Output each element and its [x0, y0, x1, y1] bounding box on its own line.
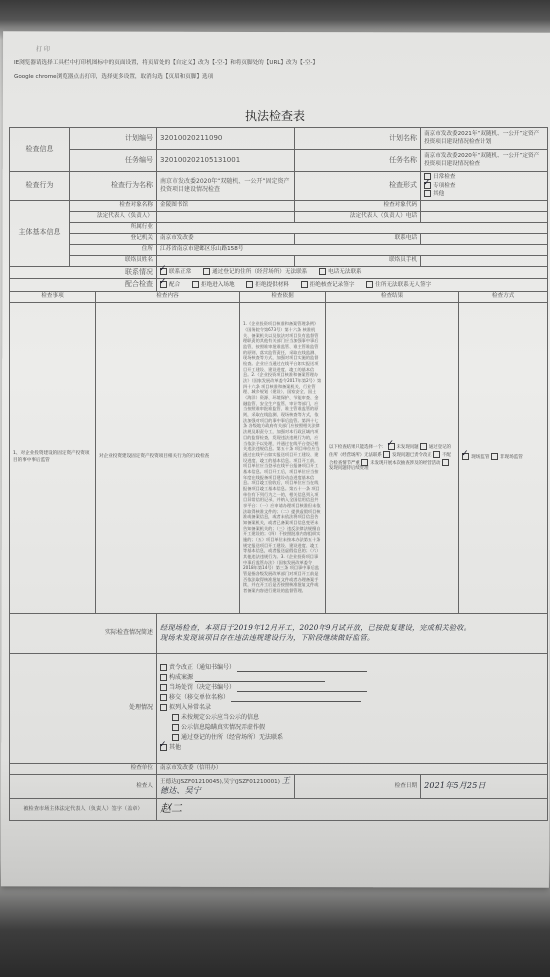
header-method: 检查方式	[459, 291, 548, 302]
checkbox-checked[interactable]	[424, 182, 431, 189]
inspection-form: 检查信息 计划编号 32010020211090 计划名称 南京市发改委2021…	[9, 127, 548, 821]
contact-status-options: 联系正常 通过登记的住所（经营场所）无法联系 电话无法联系	[157, 266, 548, 278]
checkbox[interactable]	[160, 664, 167, 671]
checkbox[interactable]	[319, 268, 326, 275]
handwritten-line-1: 经现场检查，本项目于2019年12月开工，2020年9月试开放，已按批复建设，完…	[160, 623, 544, 633]
contact-phone-unreachable-option[interactable]: 电话无法联系	[319, 269, 362, 275]
header-item: 检查事项	[10, 291, 96, 302]
header-basis: 检查依据	[240, 291, 326, 302]
checkbox-checked[interactable]	[160, 268, 167, 275]
cooperation-options: 配合 拒绝进入场地 拒绝提供材料 拒绝核查记录签字 住所无法联系无人签字	[157, 279, 548, 291]
legal-rep-phone-label: 法定代表人（负责人）电话	[295, 211, 421, 222]
print-hint: 打 印	[36, 44, 50, 53]
plan-no-value: 32010020211090	[157, 128, 295, 150]
actual-situation-text: 经现场检查，本项目于2019年12月开工，2020年9月试开放，已按批复建设，完…	[157, 613, 548, 653]
contact-normal-option[interactable]: 联系正常	[160, 269, 191, 275]
object-code-label: 检查对象代码	[295, 200, 421, 211]
handwritten-line-2: 现场未发现该项目存在违法违规建设行为，下阶段继续做好监管。	[160, 633, 544, 643]
case-source-line[interactable]	[195, 681, 325, 682]
handling-option-other[interactable]: 其他	[160, 744, 544, 752]
table-row: 1、对企业投资建设的固定资产投资项目的事中事后监管 对企业投资建设固定资产投资项…	[10, 302, 548, 613]
item-cell: 1、对企业投资建设的固定资产投资项目的事中事后监管	[10, 302, 96, 613]
liaison-name-value	[157, 255, 295, 266]
cooperation-label: 配合检查	[10, 279, 157, 291]
method-option-onsite[interactable]: 现场监管	[462, 455, 489, 460]
coop-option-refuse-entry[interactable]: 拒绝进入场地	[192, 282, 235, 288]
notice-number-line[interactable]	[237, 671, 367, 672]
checkbox[interactable]	[160, 694, 167, 701]
task-no-value: 320100202105131001	[157, 150, 295, 172]
checkbox[interactable]	[424, 190, 431, 197]
handling-label: 处理情况	[10, 653, 157, 763]
handling-option-abnormal-list[interactable]: 拟列入异常名录	[160, 704, 544, 712]
handling-option-case-source[interactable]: 构成案源	[160, 674, 544, 682]
abnormal-sub-option-1[interactable]: 未按规定公示应当公示的信息	[160, 714, 544, 722]
plan-name-label: 计划名称	[295, 128, 421, 150]
checkbox-checked[interactable]	[462, 453, 469, 460]
coop-option-refuse-materials[interactable]: 拒绝提供材料	[246, 282, 289, 288]
contact-status-label: 联系情况	[10, 266, 157, 278]
result-option-no-activity[interactable]: 未发现开展本次抽查涉及的经营活动	[361, 461, 440, 466]
reg-authority-value: 南京市发改委	[157, 233, 295, 244]
header-content: 检查内容	[96, 291, 240, 302]
plan-name-value: 南京市发改委2021年“双随机、一公开”定资产投资项目建设情况检查计划	[421, 128, 548, 150]
date-label: 检查日期	[295, 774, 421, 799]
form-option-daily[interactable]: 日常检查	[424, 173, 544, 182]
checkbox-checked[interactable]	[160, 281, 167, 288]
legal-rep-value	[157, 211, 295, 222]
subject-signature: 赵二	[160, 802, 182, 815]
form-option-other[interactable]: 其他	[424, 190, 544, 199]
legal-rep-phone-value	[421, 211, 548, 222]
action-name-label: 检查行为名称	[70, 172, 157, 201]
header-result: 检查结果	[326, 291, 459, 302]
checkbox-checked[interactable]	[160, 744, 167, 751]
checkbox[interactable]	[366, 281, 373, 288]
method-cell: 现场监管 非现场监管	[459, 302, 548, 613]
plan-no-label: 计划编号	[70, 128, 157, 150]
industry-value	[157, 222, 548, 233]
actual-situation-label: 实际检查情况简述	[10, 613, 157, 653]
address-label: 住所	[70, 244, 157, 255]
reg-authority-label: 登记机关	[70, 233, 157, 244]
liaison-mobile-label: 联络员手机	[295, 255, 421, 266]
checkbox[interactable]	[192, 281, 199, 288]
checkbox[interactable]	[433, 451, 440, 458]
liaison-mobile-value	[421, 255, 548, 266]
object-name-label: 检查对象名称	[70, 200, 157, 211]
checkbox[interactable]	[172, 724, 179, 731]
checkbox[interactable]	[160, 684, 167, 691]
inspector-value: 王德达(JSZF01210045),吴宁(JSZF01210001) 王德达、吴…	[157, 774, 295, 799]
inspector-label: 检查人	[10, 774, 157, 799]
handling-option-order-correction[interactable]: 责令改正（通知书编号）	[160, 664, 544, 672]
abnormal-sub-option-3[interactable]: 通过登记的住所（经营场所）无法联系	[160, 734, 544, 742]
liaison-name-label: 联络员姓名	[70, 255, 157, 266]
checkbox[interactable]	[491, 453, 498, 460]
checkbox[interactable]	[172, 734, 179, 741]
ie-print-note: IE浏览器请选择工具栏中打印机图标中的页面设置，将页眉处的【自定义】改为【-空-…	[14, 58, 318, 66]
handling-option-transfer[interactable]: 移交（移交单位名称）	[160, 694, 544, 702]
unit-label: 检查单位	[10, 763, 157, 774]
handling-option-onsite-penalty[interactable]: 当场处罚（决定书编号）	[160, 684, 544, 692]
page-title: 执法检查表	[0, 107, 550, 124]
checkbox[interactable]	[361, 459, 368, 466]
subject-sign-label: 被检查市场主体法定代表人（负责人）签字（盖章）	[10, 799, 157, 821]
abnormal-sub-option-2[interactable]: 公示信息隐瞒真实情况弄虚作假	[160, 724, 544, 732]
method-option-offsite[interactable]: 非现场监管	[491, 455, 523, 460]
coop-option-cooperate[interactable]: 配合	[160, 282, 180, 288]
checkbox-checked[interactable]	[388, 443, 395, 450]
handling-options: 责令改正（通知书编号） 构成案源 当场处罚（决定书编号） 移交（移交单位名称） …	[157, 653, 548, 763]
subject-info-label: 主体基本信息	[10, 200, 70, 266]
checkbox[interactable]	[383, 451, 390, 458]
unit-value: 南京市发改委（信用办）	[157, 763, 548, 774]
coop-option-no-signer[interactable]: 住所无法联系无人签字	[366, 282, 431, 288]
address-value: 江苏省南京市建邺区乐山路158号	[157, 244, 548, 255]
industry-label: 所属行业	[70, 222, 157, 233]
content-cell: 对企业投资建设固定资产投资项目相关行为的行政检查	[96, 302, 240, 613]
checkbox[interactable]	[203, 268, 210, 275]
legal-rep-label: 法定代表人（负责人）	[70, 211, 157, 222]
contact-address-unreachable-option[interactable]: 通过登记的住所（经营场所）无法联系	[203, 269, 307, 275]
chrome-print-note: Google chrome浏览器点击打印，选择更多设置，取消勾选【页眉和页脚】选…	[14, 72, 213, 80]
inspection-form-options: 日常检查 专项检查 其他	[421, 172, 548, 201]
checkbox[interactable]	[246, 281, 253, 288]
task-name-label: 任务名称	[295, 150, 421, 172]
checkbox[interactable]	[442, 459, 449, 466]
subject-sign-value: 赵二	[157, 799, 548, 821]
checkbox[interactable]	[172, 714, 179, 721]
result-cell: 以下检查结果只能选择一个： 未发现问题 通过登记的住所（经营场所）无法联系 发现…	[326, 302, 459, 613]
checkbox[interactable]	[160, 704, 167, 711]
inspection-info-label: 检查信息	[10, 128, 70, 172]
object-code-value	[421, 200, 548, 211]
checkbox[interactable]	[160, 674, 167, 681]
inspection-action-label: 检查行为	[10, 172, 70, 201]
transfer-unit-line[interactable]	[231, 701, 361, 702]
checkbox[interactable]	[301, 281, 308, 288]
contact-phone-value	[421, 233, 548, 244]
form-option-special[interactable]: 专项检查	[424, 182, 544, 191]
task-name-value: 南京市发改委2020年“双随机、一公开”定资产投资项目建设情况检查	[421, 150, 548, 172]
action-name-value: 南京市发改委2020年“双随机、一公开”固定资产投资项目建设情况检查	[157, 172, 295, 201]
task-no-label: 任务编号	[70, 150, 157, 172]
result-option-corrected[interactable]: 发现问题已责令改正	[383, 453, 432, 458]
object-name-value: 金陵图书馆	[157, 200, 295, 211]
coop-option-refuse-sign[interactable]: 拒绝核查记录签字	[301, 282, 355, 288]
result-option-no-problem[interactable]: 未发现问题	[388, 445, 419, 450]
decision-number-line[interactable]	[237, 691, 367, 692]
basis-cell: 1.《企业投资项目核准和备案管理条例》（国务院令第673号）第十六条 核准机关、…	[240, 302, 326, 613]
inspection-form-label: 检查形式	[295, 172, 421, 201]
contact-phone-label: 联系电话	[295, 233, 421, 244]
date-value: 2021年5月25日	[421, 774, 548, 799]
checkbox[interactable]	[420, 443, 427, 450]
